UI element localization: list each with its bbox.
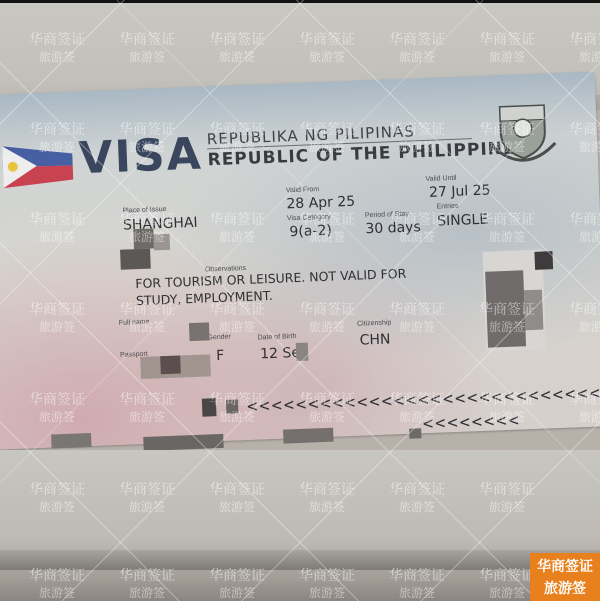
watermark: 华商签证旅游签: [192, 122, 282, 156]
watermark: 华商签证旅游签: [192, 482, 282, 516]
watermark: 华商签证旅游签: [282, 482, 372, 516]
watermark: 华商签证旅游签: [192, 302, 282, 336]
redacted-block: [51, 433, 92, 449]
watermark: 华商签证旅游签: [12, 212, 102, 246]
watermark: 华商签证旅游签: [462, 482, 552, 516]
watermark: 华商签证旅游签: [102, 568, 192, 601]
watermark: 华商签证旅游签: [12, 32, 102, 66]
watermark: 华商签证旅游签: [192, 568, 282, 601]
watermark: 华商签证旅游签: [552, 392, 600, 426]
watermark: 华商签证旅游签: [282, 568, 372, 601]
watermark: 华商签证旅游签: [12, 482, 102, 516]
watermark: 华商签证旅游签: [462, 212, 552, 246]
watermark: 华商签证旅游签: [102, 392, 192, 426]
watermark: 华商签证旅游签: [102, 122, 192, 156]
watermark: 华商签证旅游签: [372, 392, 462, 426]
brand-badge: 华商签证 旅游签: [530, 553, 600, 601]
redacted-block: [120, 249, 151, 270]
valid-from-label: Valid From: [286, 186, 320, 194]
watermark: 华商签证旅游签: [282, 392, 372, 426]
badge-line-1: 华商签证: [530, 556, 600, 578]
watermark: 华商签证旅游签: [372, 302, 462, 336]
redacted-block: [160, 356, 181, 375]
gender-value: F: [216, 348, 225, 364]
valid-until-value: 27 Jul 25: [429, 182, 491, 200]
watermark: 华商签证旅游签: [552, 32, 600, 66]
watermark: 华商签证旅游签: [372, 212, 462, 246]
watermark: 华商签证旅游签: [462, 122, 552, 156]
watermark: 华商签证旅游签: [552, 302, 600, 336]
valid-until-label: Valid Until: [425, 175, 456, 183]
watermark: 华商签证旅游签: [102, 32, 192, 66]
watermark: 华商签证旅游签: [282, 302, 372, 336]
redacted-block: [409, 428, 421, 438]
watermark: 华商签证旅游签: [372, 568, 462, 601]
page-fold: [0, 550, 600, 570]
watermark: 华商签证旅游签: [462, 392, 552, 426]
watermark: 华商签证旅游签: [192, 212, 282, 246]
valid-from-value: 28 Apr 25: [286, 194, 355, 213]
redacted-block: [534, 251, 553, 270]
watermark: 华商签证旅游签: [372, 482, 462, 516]
watermark: 华商签证旅游签: [102, 302, 192, 336]
watermark: 华商签证旅游签: [552, 212, 600, 246]
watermark: 华商签证旅游签: [12, 122, 102, 156]
watermark: 华商签证旅游签: [372, 122, 462, 156]
watermark: 华商签证旅游签: [192, 392, 282, 426]
watermark: 华商签证旅游签: [462, 302, 552, 336]
watermark: 华商签证旅游签: [282, 122, 372, 156]
watermark: 华商签证旅游签: [282, 32, 372, 66]
badge-line-2: 旅游签: [530, 578, 600, 600]
watermark: 华商签证旅游签: [462, 32, 552, 66]
watermark: 华商签证旅游签: [282, 212, 372, 246]
watermark: 华商签证旅游签: [102, 482, 192, 516]
watermark: 华商签证旅游签: [12, 302, 102, 336]
visa-photo: 45 VISA REPUBLIKA NG PILIPINAS REPUBLIC …: [0, 0, 600, 601]
entries-label: Entries: [437, 203, 459, 211]
watermark: 华商签证旅游签: [12, 568, 102, 601]
watermark: 华商签证旅游签: [12, 392, 102, 426]
redacted-block: [283, 428, 334, 444]
watermark: 华商签证旅游签: [102, 212, 192, 246]
redacted-block: [296, 343, 309, 361]
watermark: 华商签证旅游签: [192, 32, 282, 66]
watermark: 华商签证旅游签: [372, 32, 462, 66]
watermark: 华商签证旅游签: [552, 122, 600, 156]
